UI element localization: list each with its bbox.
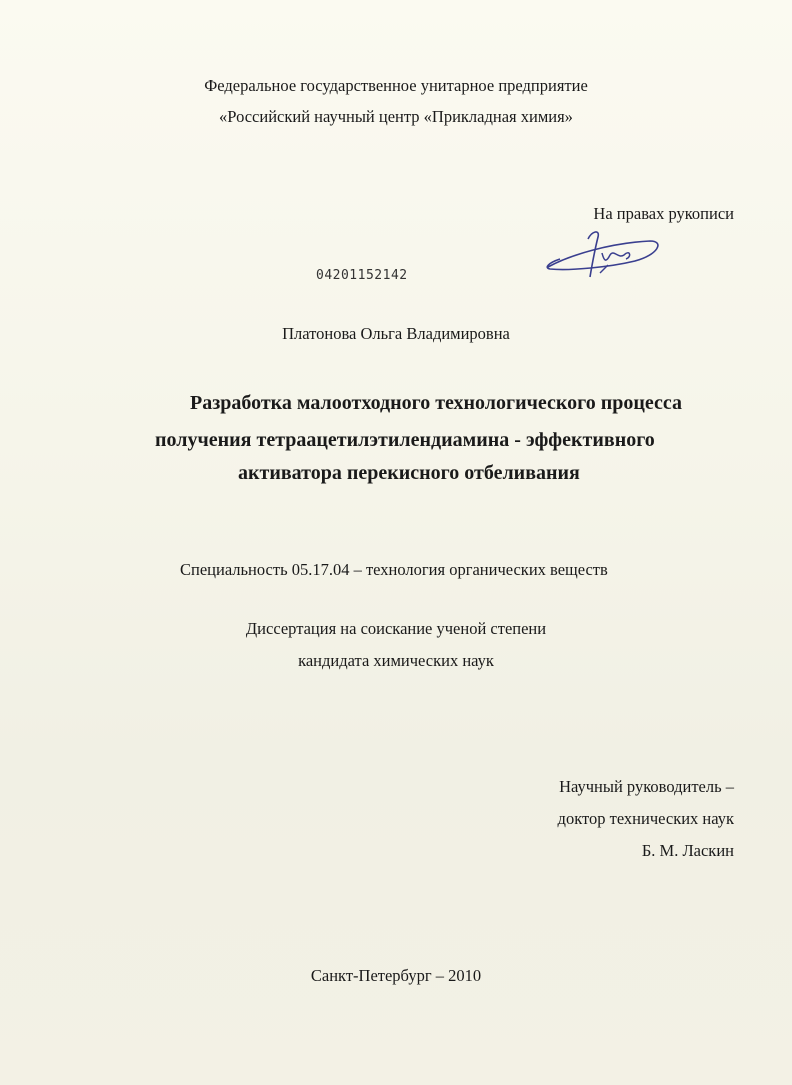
manuscript-note: На правах рукописи xyxy=(593,204,734,224)
city-year: Санкт-Петербург – 2010 xyxy=(0,966,792,986)
title-page: Федеральное государственное унитарное пр… xyxy=(0,0,792,1085)
signature-icon xyxy=(540,225,665,285)
supervisor-line-2: доктор технических наук xyxy=(558,809,734,829)
title-line-2: получения тетраацетилэтилендиамина - эфф… xyxy=(155,429,655,452)
organization-line-1: Федеральное государственное унитарное пр… xyxy=(0,76,792,96)
specialty: Специальность 05.17.04 – технология орга… xyxy=(180,560,608,580)
degree-line-1: Диссертация на соискание ученой степени xyxy=(0,619,792,639)
title-line-3: активатора перекисного отбеливания xyxy=(238,462,580,485)
organization-line-2: «Российский научный центр «Прикладная хи… xyxy=(0,107,792,127)
registration-number: 04201152142 xyxy=(316,268,408,283)
title-line-1: Разработка малоотходного технологическог… xyxy=(190,392,682,415)
supervisor-name: Б. М. Ласкин xyxy=(642,841,734,861)
degree-line-2: кандидата химических наук xyxy=(0,651,792,671)
supervisor-line-1: Научный руководитель – xyxy=(559,777,734,797)
author-name: Платонова Ольга Владимировна xyxy=(0,324,792,344)
